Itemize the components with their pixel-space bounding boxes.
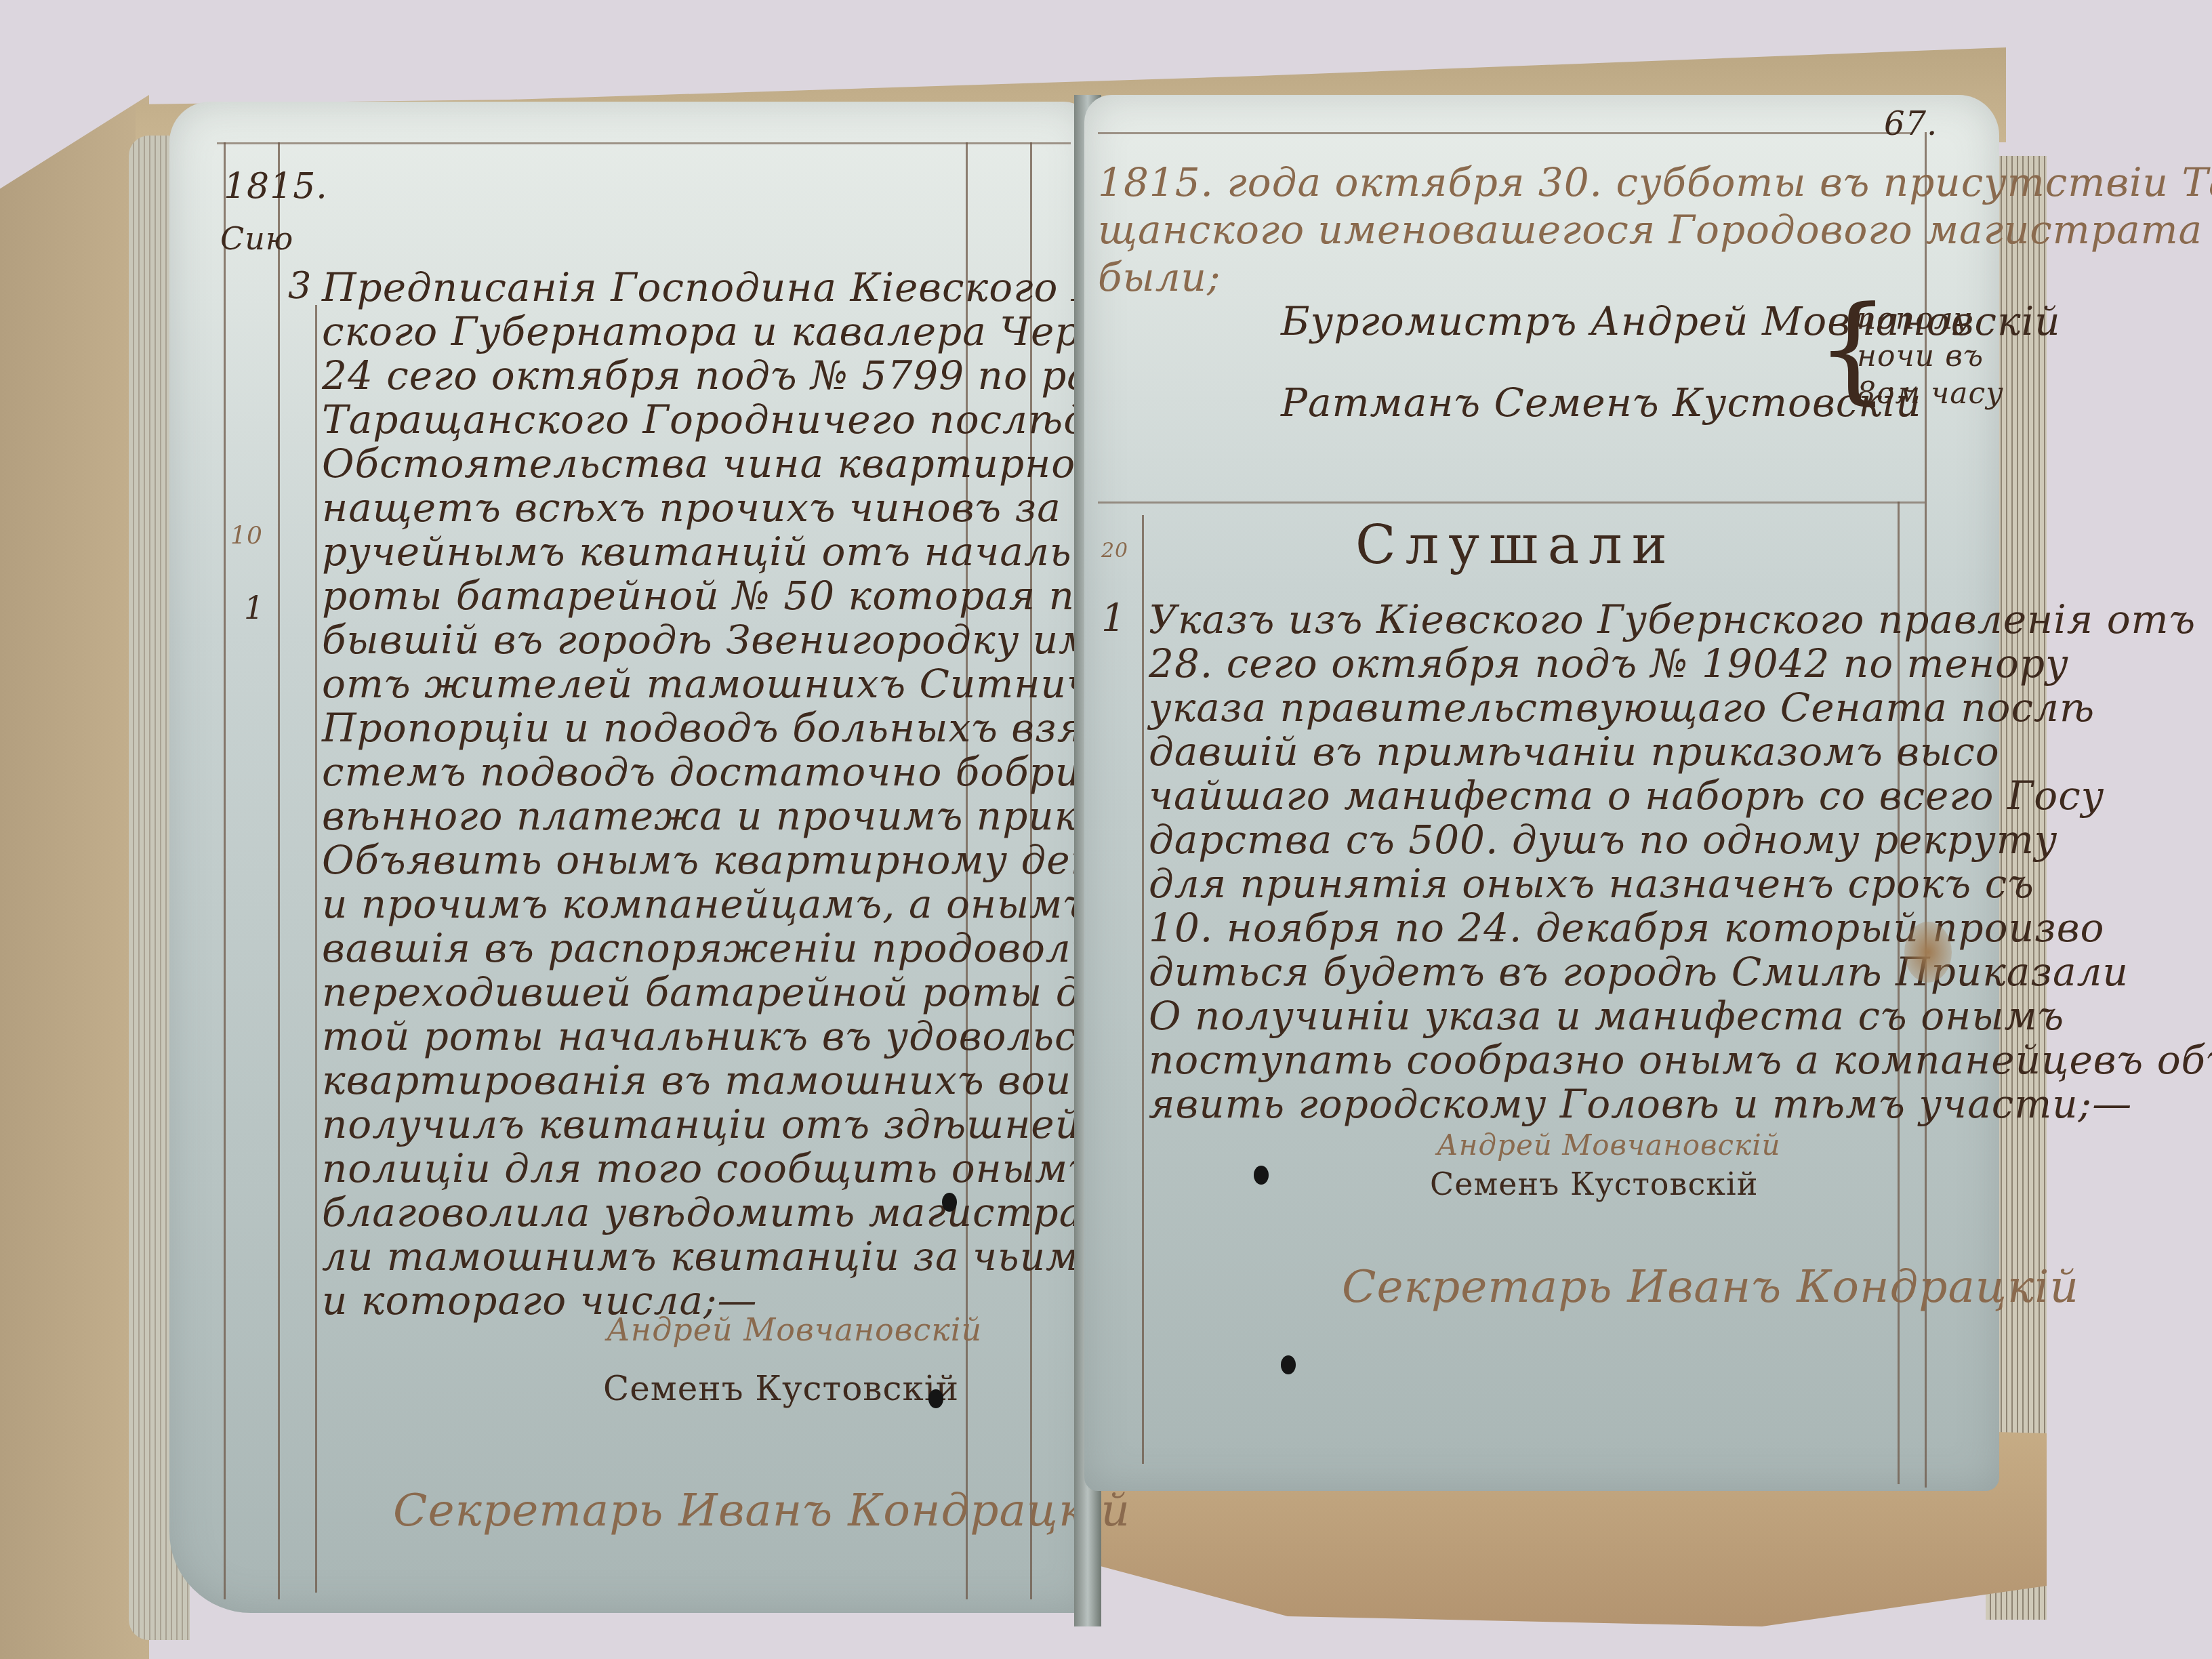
folio-number: 67.: [1884, 105, 1938, 143]
text-line: щанского именовашегося Городового магист…: [1098, 207, 2212, 253]
brown-paper-wrapper-left: [0, 95, 149, 1659]
text-line: поступать сообразно онымъ а компанейцевъ…: [1149, 1037, 2212, 1083]
margin-rule-outer: [224, 142, 226, 1599]
text-line: вѣнного платежа и прочимъ приказали: [322, 793, 1200, 839]
binding-hole: [928, 1389, 943, 1408]
left-page: 1815. Сию 3 10 1 Предписанія Господина К…: [169, 102, 1091, 1613]
text-line: указа правительствующаго Сената послѣ: [1149, 684, 2095, 731]
text-line: 28. сего октября подъ № 19042 по тенору: [1149, 640, 2069, 687]
top-rule: [1098, 132, 1911, 134]
margin-number: 1: [244, 590, 264, 626]
text-line: были;: [1098, 254, 1221, 300]
section-title: Слушали: [1355, 515, 1677, 576]
text-line: 10. ноября по 24. декабря который произв…: [1149, 905, 2104, 951]
text-line: для принятія оныхъ назначенъ срокъ съ: [1149, 861, 2034, 907]
margin-rule: [1142, 515, 1144, 1464]
right-page: 67. 1815. года октября 30. субботы въ пр…: [1084, 95, 1999, 1491]
margin-number: 10: [230, 522, 263, 550]
bracket-note: 8ом часу: [1857, 376, 2004, 411]
entry-number: 1: [1101, 596, 1126, 640]
text-line: бывшій въ городѣ Звенигородку имѣла: [322, 617, 1177, 663]
top-rule: [217, 142, 1071, 144]
signature-kustovsky: Семенъ Кустовскій: [603, 1369, 959, 1408]
text-line: нащетъ всѣхъ прочихъ чиновъ за: [322, 485, 1061, 531]
corner-year: 1815.: [224, 166, 328, 207]
margin-rule-inner: [278, 142, 280, 1599]
ink-stain: [1904, 922, 1952, 983]
signature-kustovsky: Семенъ Кустовскій: [1430, 1166, 1758, 1202]
bracket-note: пополу: [1857, 302, 1971, 336]
text-line: Указъ изъ Кіевского Губернского правлені…: [1149, 596, 2196, 642]
text-line: дарства съ 500. душъ по одному рекруту: [1149, 817, 2058, 863]
entry-number-rule: [315, 305, 317, 1593]
text-line: явить городскому Головѣ и тѣмъ участи;—: [1149, 1081, 2132, 1127]
text-line: О получиніи указа и манифеста съ онымъ: [1149, 993, 2064, 1039]
signature-movchanovsky: Андрей Мовчановскій: [1437, 1128, 1781, 1162]
section-divider-rule: [1098, 501, 1925, 504]
signature-secretary: Секретарь Иванъ Кондрацкій: [1342, 1261, 2079, 1313]
text-line: давшій въ примѣчаніи приказомъ высо: [1149, 729, 2000, 775]
binding-hole: [1281, 1355, 1296, 1374]
text-line: Пропорціи и подводъ больныхъ взято: [322, 705, 1146, 751]
text-line: диться будетъ въ городѣ Смилѣ Приказали: [1149, 949, 2129, 995]
signature-movchanovsky: Андрей Мовчановскій: [607, 1311, 982, 1348]
text-line: чайшаго манифеста о наборѣ со всего Госу: [1149, 773, 2104, 819]
text-line: ручейнымъ квитанцій отъ начальника: [322, 529, 1172, 575]
entry-number: 3: [288, 264, 312, 307]
text-line: 1815. года октября 30. субботы въ присут…: [1098, 159, 2212, 205]
binding-hole: [942, 1193, 957, 1212]
margin-number: 20: [1101, 539, 1128, 562]
corner-note: Сию: [220, 220, 293, 257]
bracket-note: ночи въ: [1857, 339, 1984, 373]
binding-hole: [1254, 1166, 1269, 1185]
signature-secretary: Секретарь Иванъ Кондрацкій: [393, 1484, 1130, 1536]
text-line: роты батарейной № 50 которая прия: [322, 573, 1153, 619]
